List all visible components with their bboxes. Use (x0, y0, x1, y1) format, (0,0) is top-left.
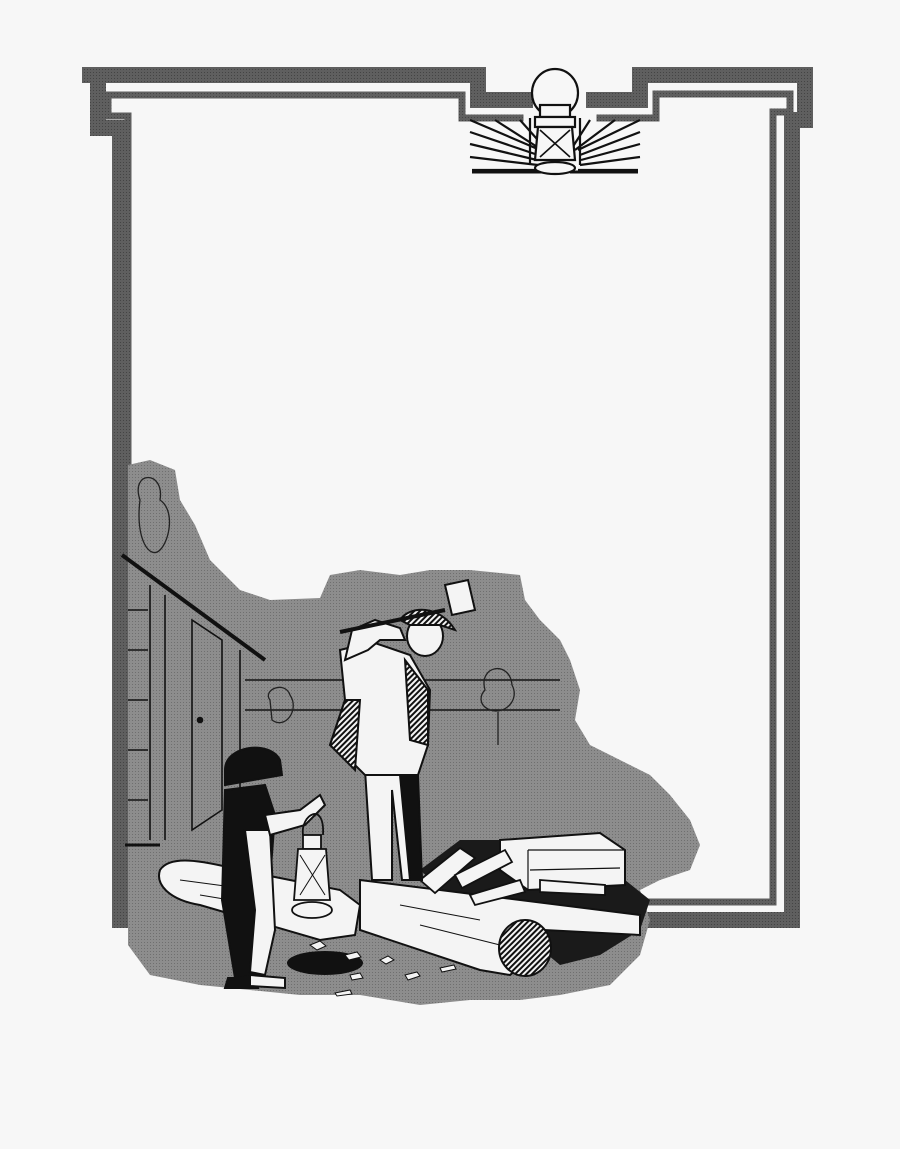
lantern-emblem-icon (470, 69, 640, 174)
illustration (0, 0, 900, 1149)
